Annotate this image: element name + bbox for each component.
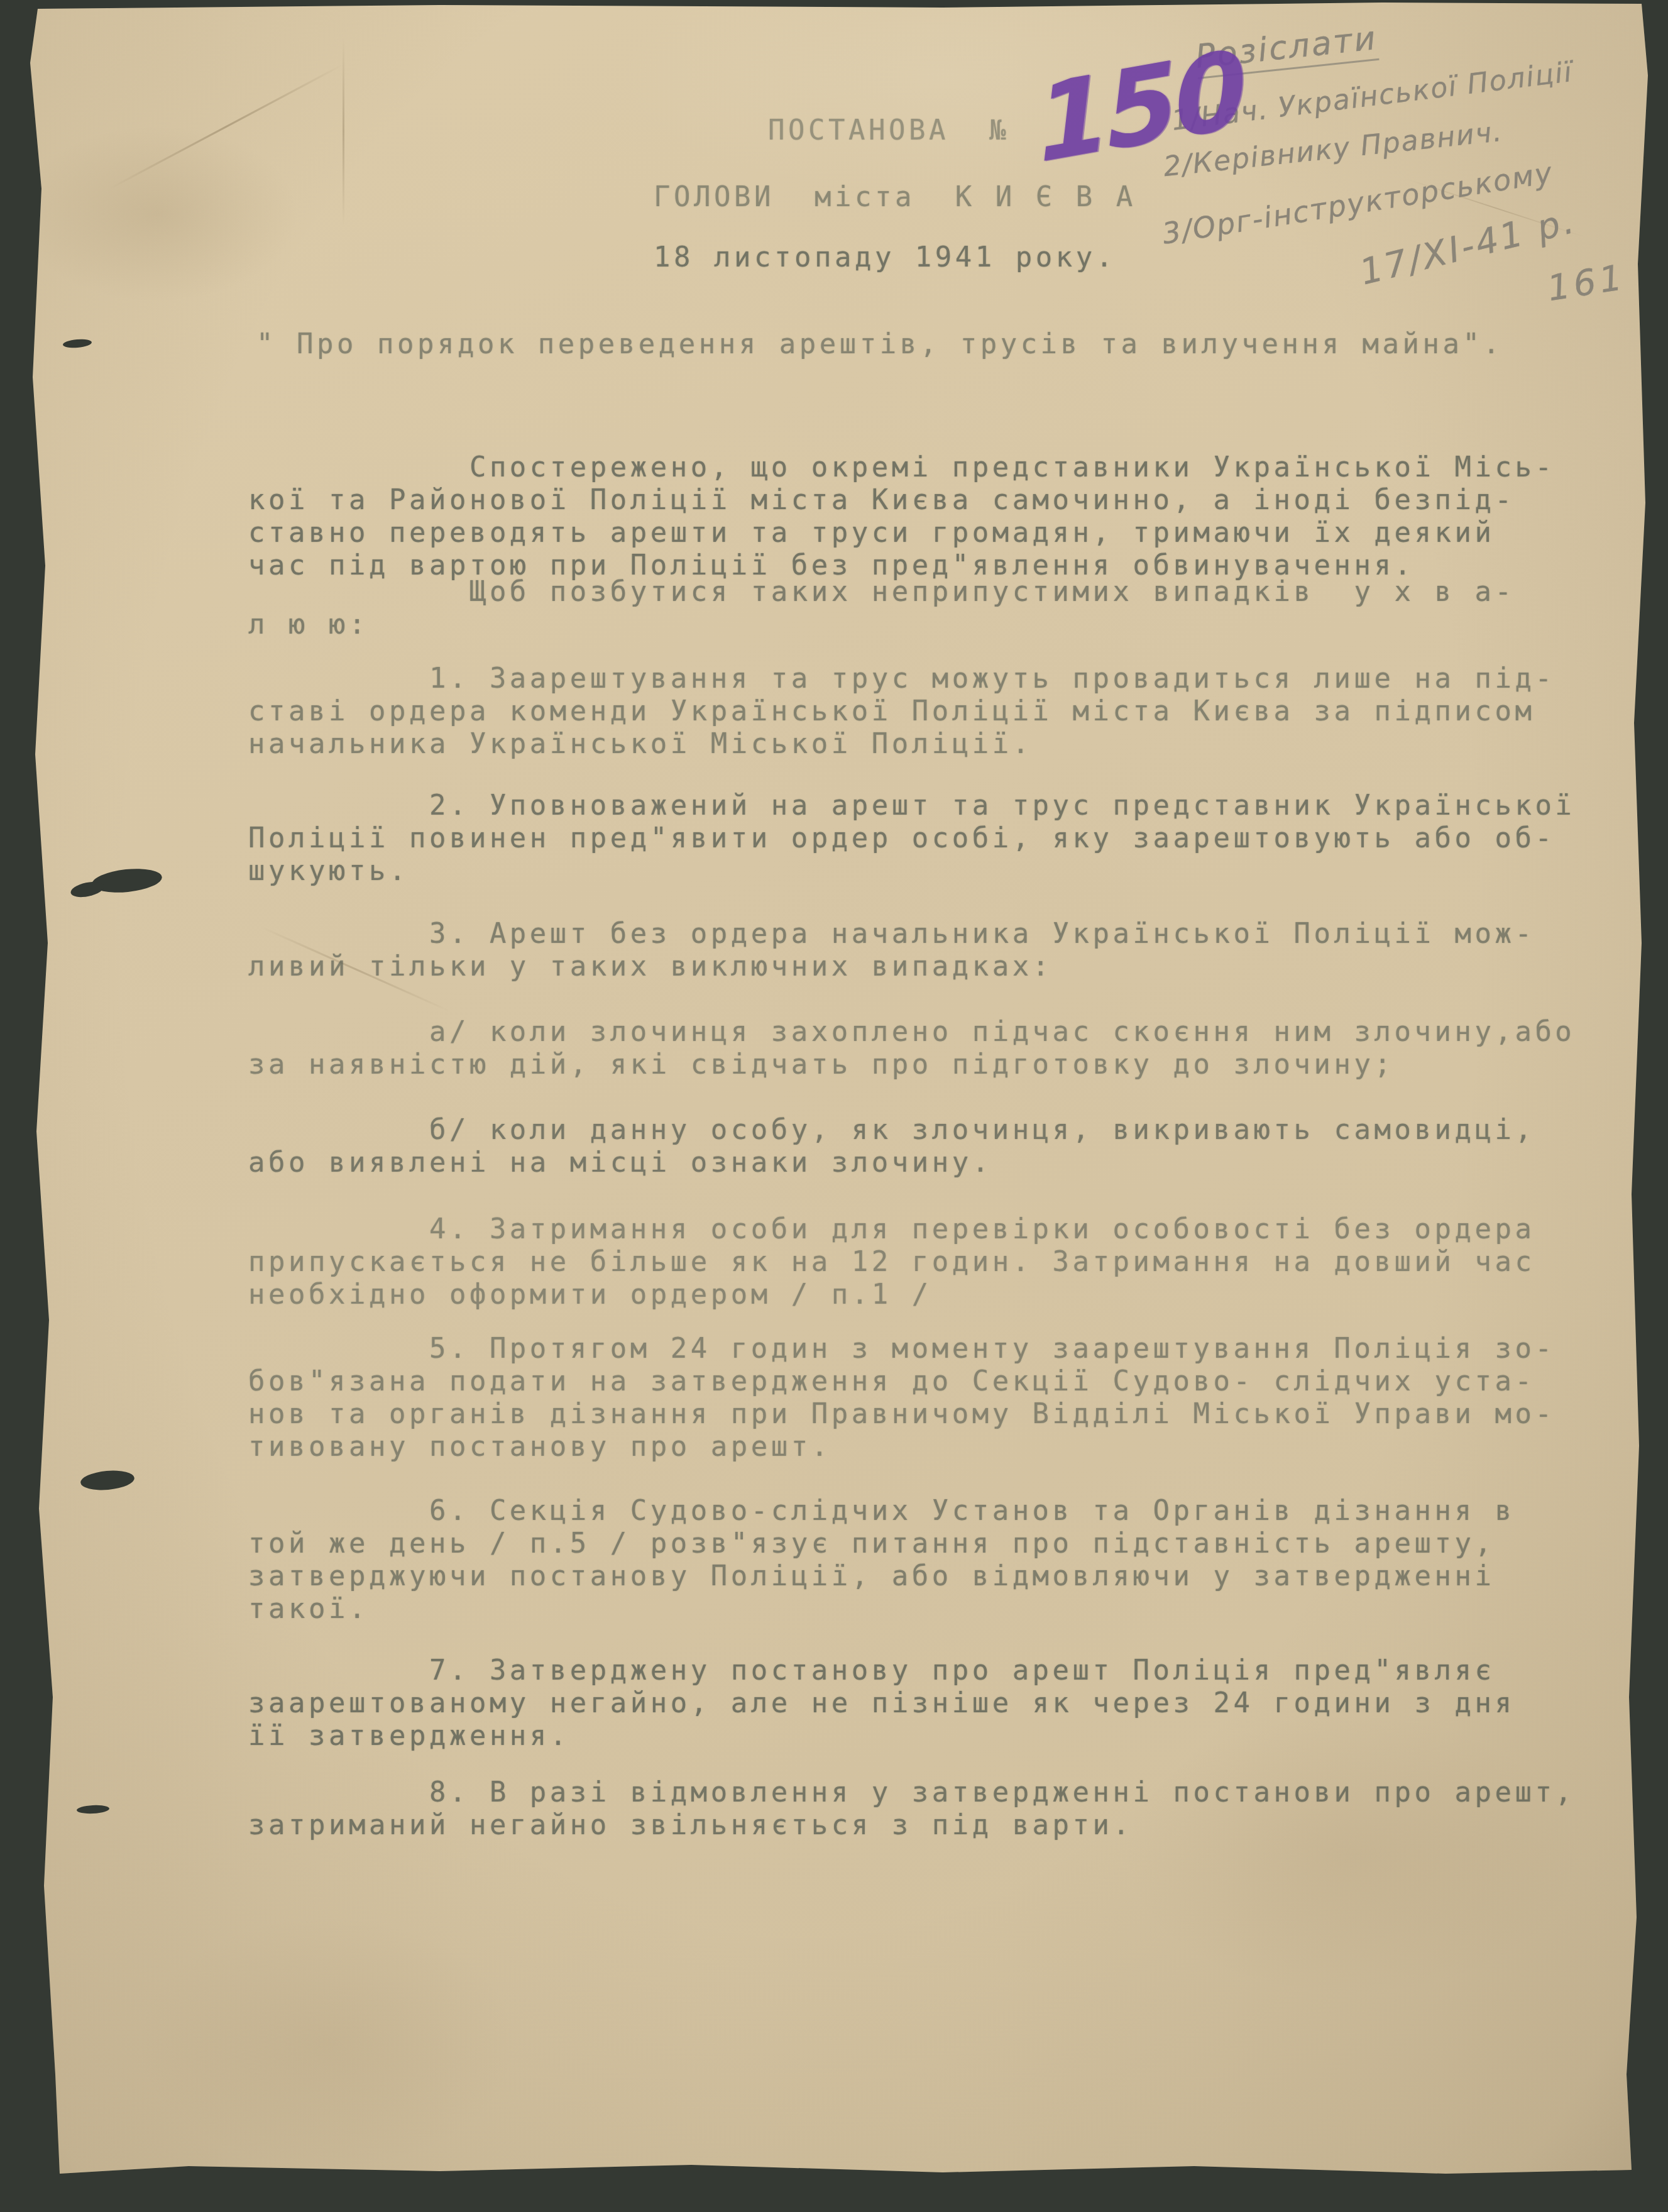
typed-paragraph-item-1: 1. Заарештування та трус можуть провадит… [248, 663, 1555, 761]
archive-mount-background: Розіслати 1/Нач. Української Поліції 2/К… [0, 0, 1668, 2212]
typed-paragraph-item-7: 7. Затверджену постанову про арешт Поліц… [248, 1654, 1515, 1753]
document-heading-authority: ГОЛОВИ міста К И Є В А [654, 181, 1136, 214]
typed-paragraph-preamble: Спостережено, що окремі представники Укр… [248, 451, 1555, 582]
document-heading-type: ПОСТАНОВА № [768, 114, 1009, 147]
document-sheet: Розіслати 1/Нач. Української Поліції 2/К… [0, 0, 1668, 2212]
typed-paragraph-item-3b: б/ коли данну особу, як злочинця, викрив… [248, 1114, 1535, 1179]
typed-paragraph-resolve: Щоб позбутися таких неприпустимих випадк… [248, 576, 1515, 641]
typed-paragraph-item-5: 5. Протягом 24 годин з моменту заарештув… [248, 1333, 1555, 1463]
document-title: " Про порядок переведення арештів, трусі… [256, 328, 1503, 361]
typed-paragraph-item-3a: а/ коли злочинця захоплено підчас скоєнн… [248, 1016, 1575, 1081]
typed-paragraph-item-8: 8. В разі відмовлення у затвердженні пос… [248, 1776, 1575, 1842]
typed-paragraph-item-2: 2. Уповноважений на арешт та трус предст… [248, 790, 1575, 888]
typed-paragraph-item-3: 3. Арешт без ордера начальника Українськ… [248, 918, 1535, 983]
typed-paragraph-item-4: 4. Затримання особи для перевірки особов… [248, 1213, 1535, 1311]
typed-paragraph-item-6: 6. Секція Судово-слідчих Установ та Орга… [248, 1495, 1515, 1626]
document-heading-date: 18 листопаду 1941 року. [654, 241, 1116, 274]
